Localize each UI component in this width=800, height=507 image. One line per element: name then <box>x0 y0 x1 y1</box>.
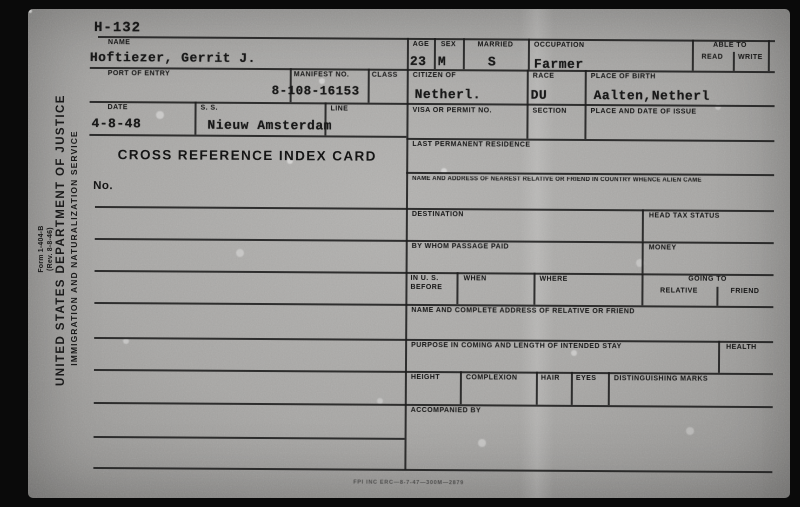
card-form-grid: H-132 <box>28 9 790 498</box>
field-label-class: CLASS <box>372 72 398 79</box>
field-label-section: SECTION <box>533 108 567 115</box>
field-value-place-of-birth: Aalten,Netherl <box>594 88 710 104</box>
field-label-by-whom-passage-paid: BY WHOM PASSAGE PAID <box>412 243 509 251</box>
card-title: CROSS REFERENCE INDEX CARD <box>109 147 385 164</box>
field-label-when: WHEN <box>464 275 487 282</box>
field-label-money: MONEY <box>649 244 677 251</box>
field-label-port-of-entry: PORT OF ENTRY <box>108 70 170 77</box>
field-value-occupation: Farmer <box>534 57 584 72</box>
field-label-read: READ <box>692 54 733 61</box>
field-value-manifest-no: 8-108-16153 <box>272 84 360 99</box>
field-label-in-us-before: IN U. S. BEFORE <box>410 275 456 293</box>
field-value-date: 4-8-48 <box>91 116 141 131</box>
divider-line <box>608 372 610 405</box>
rule-line <box>406 172 774 176</box>
field-value-ss: Nieuw Amsterdam <box>207 118 332 134</box>
field-label-citizen-of: CITIZEN OF <box>413 72 456 79</box>
field-label-accompanied-by: ACCOMPANIED BY <box>411 407 481 414</box>
field-label-ss: S. S. <box>201 105 218 112</box>
divider-line <box>768 40 770 71</box>
field-label-visa-or-permit-no: VISA OR PERMIT NO. <box>413 107 492 114</box>
divider-line <box>642 209 644 241</box>
field-label-eyes: EYES <box>576 375 597 382</box>
field-label-relative-address: NAME AND COMPLETE ADDRESS OF RELATIVE OR… <box>411 307 635 315</box>
divider-line <box>456 272 458 304</box>
field-label-place-of-birth: PLACE OF BIRTH <box>591 73 656 80</box>
field-label-height: HEIGHT <box>411 374 440 381</box>
field-value-age: 23 <box>410 54 427 69</box>
divider-line <box>584 104 586 139</box>
scan-frame: UNITED STATES DEPARTMENT OF JUSTICE IMMI… <box>0 0 800 507</box>
field-label-relative: RELATIVE <box>641 287 716 294</box>
field-label-able-to: ABLE TO <box>692 42 768 49</box>
divider-line <box>527 70 529 104</box>
field-label-married: MARRIED <box>463 41 528 48</box>
field-label-sex: SEX <box>434 41 463 48</box>
rule-line <box>94 436 405 440</box>
field-label-place-date-issue: PLACE AND DATE OF ISSUE <box>591 108 697 116</box>
divider-line <box>536 372 538 405</box>
field-value-citizen-of: Netherl. <box>415 87 482 102</box>
divider-line <box>642 241 644 273</box>
field-value-married: S <box>488 54 496 69</box>
field-label-distinguishing-marks: DISTINGUISHING MARKS <box>614 375 708 383</box>
field-label-head-tax-status: HEAD TAX STATUS <box>649 212 720 219</box>
field-label-line: LINE <box>331 105 349 112</box>
rule-line <box>89 134 406 138</box>
field-label-purpose: PURPOSE IN COMING AND LENGTH OF INTENDED… <box>411 342 622 350</box>
divider-line <box>460 371 462 404</box>
field-label-age: AGE <box>408 41 434 48</box>
divider-line <box>571 372 573 405</box>
divider-line <box>368 69 370 103</box>
field-label-name: NAME <box>108 39 130 46</box>
field-value-race: DU <box>531 88 548 103</box>
printer-code: FPI INC ERC—8-7-47—300M—2879 <box>353 480 464 487</box>
field-label-date: DATE <box>108 104 128 111</box>
field-label-last-permanent-residence: LAST PERMANENT RESIDENCE <box>412 141 530 149</box>
divider-line <box>526 104 528 139</box>
field-value-name: Hoftiezer, Gerrit J. <box>90 50 256 66</box>
field-value-sex: M <box>438 54 446 69</box>
divider-line <box>533 273 535 305</box>
rule-line <box>93 467 772 473</box>
field-label-destination: DESTINATION <box>412 211 464 218</box>
field-label-hair: HAIR <box>541 375 560 382</box>
reference-number: H-132 <box>94 20 141 36</box>
divider-line <box>528 39 530 70</box>
field-label-complexion: COMPLEXION <box>466 374 518 381</box>
field-label-going-to: GOING TO <box>642 275 774 283</box>
index-card: UNITED STATES DEPARTMENT OF JUSTICE IMMI… <box>28 9 790 498</box>
divider-line <box>194 102 196 135</box>
field-label-friend: FRIEND <box>716 288 773 295</box>
field-label-manifest-no: MANIFEST NO. <box>294 71 350 78</box>
field-label-write: WRITE <box>733 54 768 61</box>
field-label-health: HEALTH <box>726 344 757 351</box>
divider-line <box>585 70 587 104</box>
field-label-where: WHERE <box>540 276 568 283</box>
divider-line <box>718 341 720 373</box>
field-label-race: RACE <box>533 73 555 80</box>
field-label-nearest-relative: NAME AND ADDRESS OF NEAREST RELATIVE OR … <box>412 176 702 184</box>
no-label: No. <box>93 180 113 192</box>
field-label-occupation: OCCUPATION <box>534 42 585 49</box>
